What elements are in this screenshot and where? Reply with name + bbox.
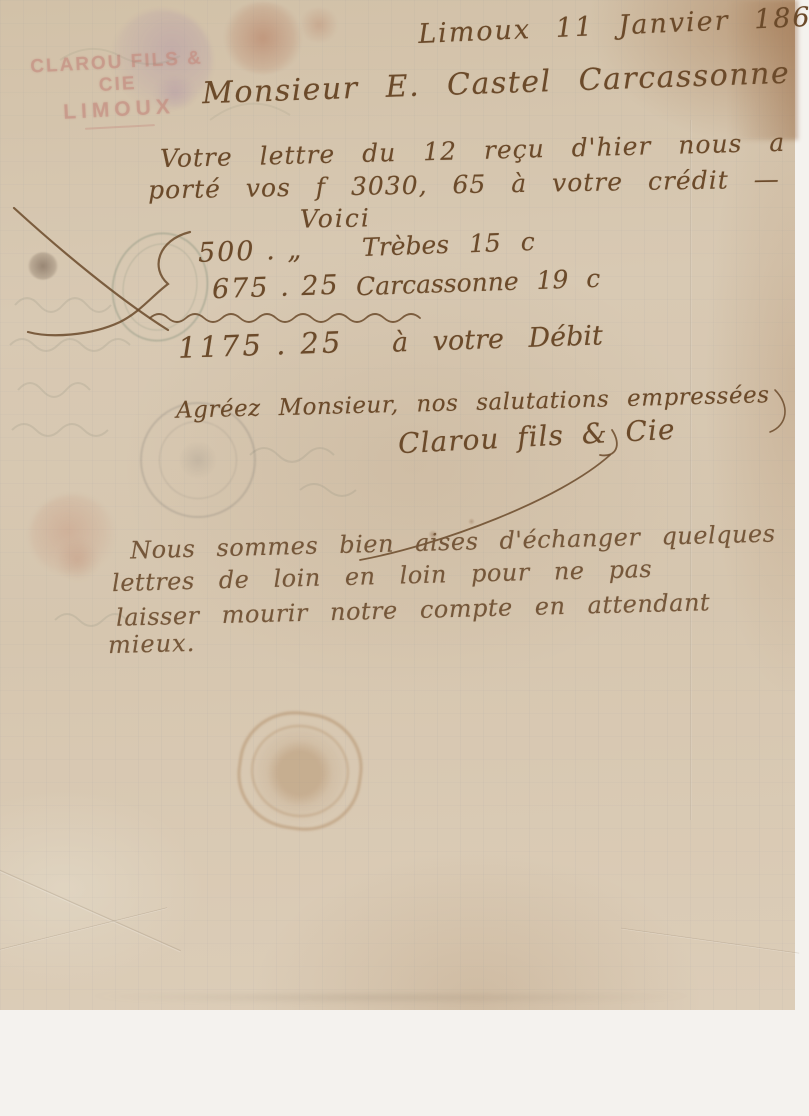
letterhead-stamp: CLAROU FILS & CIE LIMOUX (16, 47, 220, 133)
dark-ink-blot (28, 252, 58, 280)
body-line-3: Voici (300, 203, 371, 233)
letterhead-company-name: CLAROU FILS & CIE (16, 47, 218, 101)
paper-sheet: CLAROU FILS & CIE LIMOUX (0, 0, 795, 1010)
account-amount-1: 500 . „ (197, 234, 303, 269)
red-wax-stain-small (298, 8, 340, 42)
account-amount-2: 675 . 25 (211, 270, 340, 305)
scanned-letter: CLAROU FILS & CIE LIMOUX (0, 0, 809, 1116)
pink-stain-small (55, 540, 100, 580)
crease-line-vertical (690, 120, 692, 820)
paper-speck (468, 518, 475, 525)
account-place-1: Trèbes 15 c (362, 227, 536, 262)
red-wax-stain (222, 2, 304, 74)
account-total-amount: 1175 . 25 (177, 325, 343, 365)
paper-edge-shadow (6, 995, 776, 1005)
postscript-line-4: mieux. (108, 629, 196, 659)
